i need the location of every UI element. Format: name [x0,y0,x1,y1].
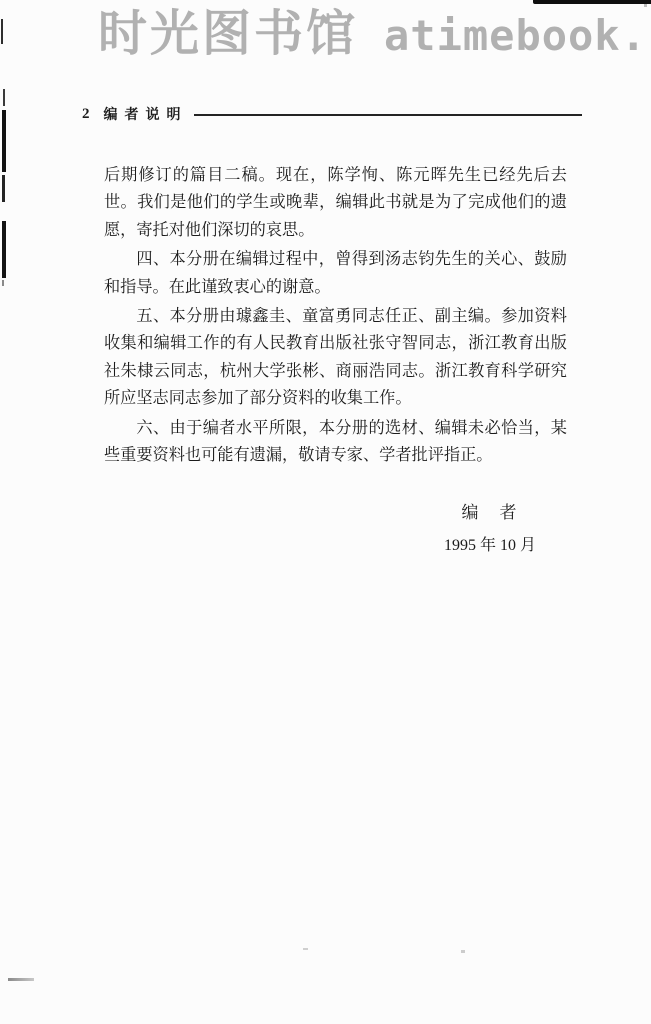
scan-artifact-speck [461,950,465,953]
body-text: 后期修订的篇目二稿。现在，陈学恂、陈元晖先生已经先后去世。我们是他们的学生或晚辈… [104,162,567,471]
scan-artifact-top-right-bar [533,0,651,4]
scan-artifact-speck [303,948,308,950]
chapter-title: 编者说明 [104,104,188,124]
scan-artifact-left-mark [2,110,6,172]
header-rule [194,114,583,116]
paragraph: 后期修订的篇目二稿。现在，陈学恂、陈元晖先生已经先后去世。我们是他们的学生或晚辈… [104,162,567,244]
watermark-cjk-text: 时光图书馆 [98,6,358,62]
page-number: 2 [82,106,90,123]
signature-name: 编 者 [430,498,550,523]
scan-artifact-left-mark [2,175,5,202]
site-watermark: 时光图书馆 atimebook. [98,6,647,62]
scan-artifact-left-mark [3,89,5,106]
scan-artifact-bottom-streak [8,978,34,981]
scan-artifact-left-mark [1,19,3,44]
signature-date: 1995 年 10 月 [430,532,550,555]
running-head: 2 编者说明 [82,104,582,124]
scan-artifact-left-mark [2,280,4,286]
paragraph: 四、本分册在编辑过程中，曾得到汤志钧先生的关心、鼓励和指导。在此谨致衷心的谢意。 [104,246,567,301]
scan-artifact-left-mark [2,221,6,278]
signature-block: 编 者 1995 年 10 月 [430,498,550,555]
watermark-latin-text: atimebook. [384,11,647,60]
paragraph: 五、本分册由璩鑫圭、童富勇同志任正、副主编。参加资料收集和编辑工作的有人民教育出… [104,303,567,413]
paragraph: 六、由于编者水平所限，本分册的选材、编辑未必恰当，某些重要资料也可能有遗漏，敬请… [104,415,567,470]
